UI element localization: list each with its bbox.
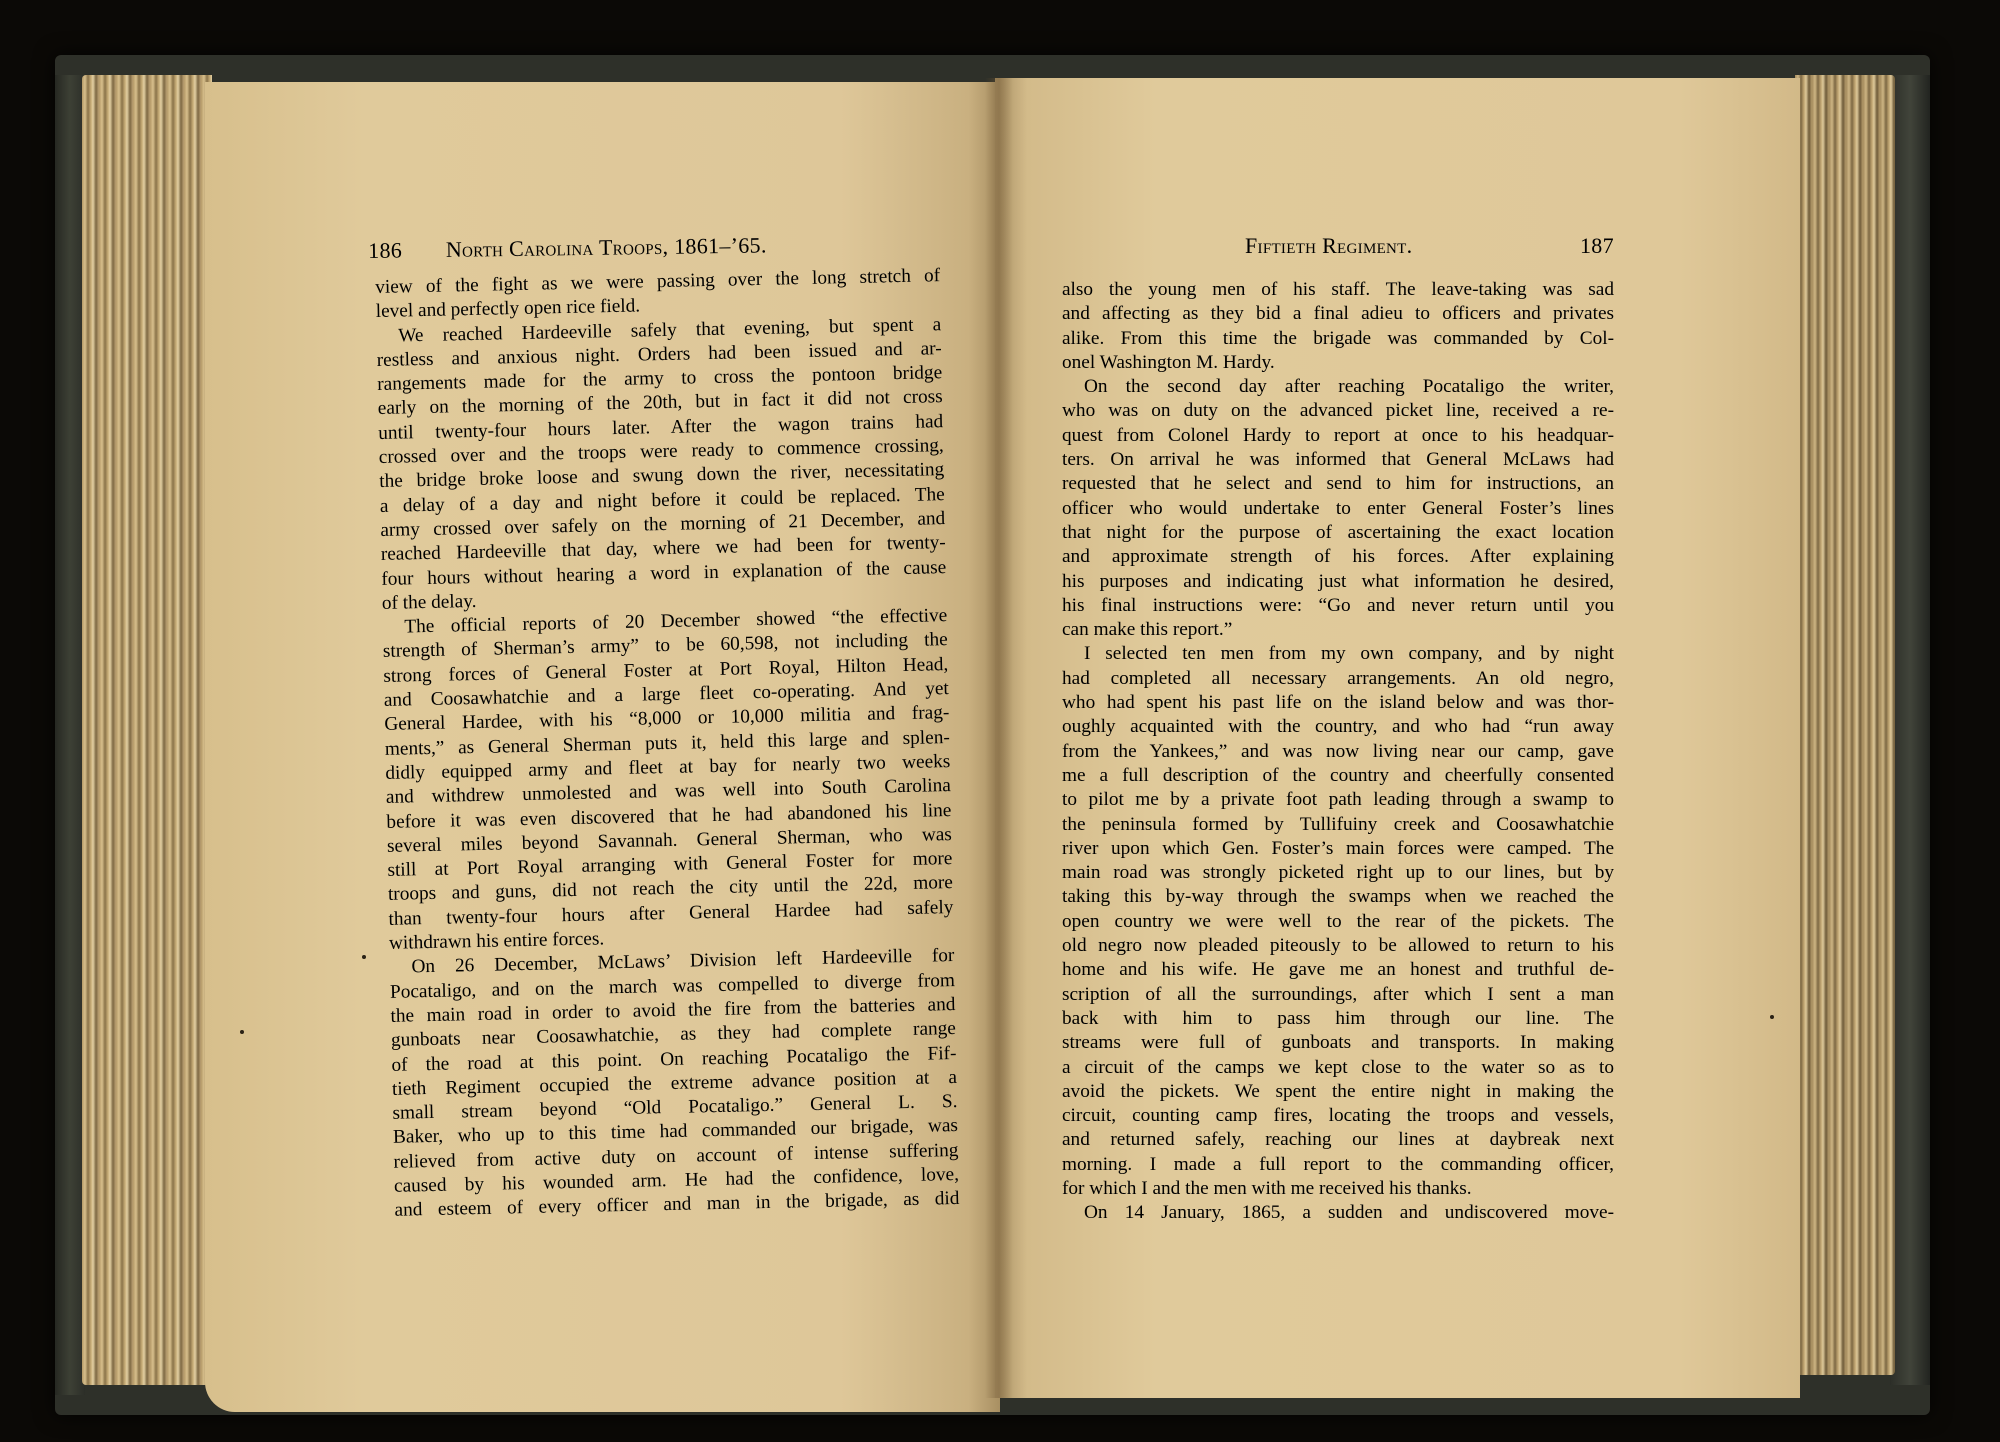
text-line: alike. From this time the brigade was co…: [1062, 327, 1614, 351]
running-head-title: North Carolina Troops, 1861–’65.: [446, 232, 767, 261]
text-line: I selected ten men from my own company, …: [1062, 642, 1614, 666]
text-line: taking this by-way through the swamps wh…: [1062, 885, 1614, 909]
page-edges-left: [82, 75, 212, 1385]
text-line: and affecting as they bid a final adieu …: [1062, 302, 1614, 326]
text-line: river upon which Gen. Foster’s main forc…: [1062, 837, 1614, 861]
text-line: that night for the purpose of ascertaini…: [1062, 521, 1614, 545]
page-number: 186: [368, 238, 402, 263]
text-line: to pilot me by a private foot path leadi…: [1062, 788, 1614, 812]
left-running-head: 186 North Carolina Troops, 1861–’65.: [368, 232, 767, 264]
text-line: quest from Colonel Hardy to report at on…: [1062, 424, 1614, 448]
text-line: scription of all the surroundings, after…: [1062, 983, 1614, 1007]
text-line: On 14 January, 1865, a sudden and undisc…: [1062, 1201, 1614, 1225]
text-line: On the second day after reaching Pocatal…: [1062, 375, 1614, 399]
text-line: onel Washington M. Hardy.: [1062, 351, 1614, 375]
text-line: his final instructions were: “Go and nev…: [1062, 594, 1614, 618]
text-line: had completed all necessary arrangements…: [1062, 667, 1614, 691]
right-page-body: also the young men of his staff. The lea…: [1062, 278, 1614, 1226]
text-line: home and his wife. He gave me an honest …: [1062, 958, 1614, 982]
left-page-body: view of the fight as we were passing ove…: [375, 264, 960, 1223]
text-line: a circuit of the camps we kept close to …: [1062, 1056, 1614, 1080]
text-line: and returned safely, reaching our lines …: [1062, 1128, 1614, 1152]
text-line: also the young men of his staff. The lea…: [1062, 278, 1614, 302]
text-line: morning. I made a full report to the com…: [1062, 1153, 1614, 1177]
text-line: who was on duty on the advanced picket l…: [1062, 399, 1614, 423]
paper-speck: [362, 955, 366, 959]
text-line: circuit, counting camp fires, locating t…: [1062, 1104, 1614, 1128]
text-line: me a full description of the country and…: [1062, 764, 1614, 788]
text-line: who had spent his past life on the islan…: [1062, 691, 1614, 715]
text-line: and approximate strength of his forces. …: [1062, 545, 1614, 569]
paper-speck: [240, 1030, 244, 1034]
text-line: avoid the pickets. We spent the entire n…: [1062, 1080, 1614, 1104]
paper-speck: [1770, 1015, 1774, 1019]
text-line: oughly acquainted with the country, and …: [1062, 715, 1614, 739]
text-line: from the Yankees,” and was now living ne…: [1062, 740, 1614, 764]
text-line: the peninsula formed by Tullifuiny creek…: [1062, 813, 1614, 837]
text-line: can make this report.”: [1062, 618, 1614, 642]
text-line: old negro now pleaded piteously to be al…: [1062, 934, 1614, 958]
text-line: requested that he select and send to him…: [1062, 472, 1614, 496]
text-line: streams were full of gunboats and transp…: [1062, 1031, 1614, 1055]
text-line: open country we were well to the rear of…: [1062, 910, 1614, 934]
text-line: officer who would undertake to enter Gen…: [1062, 497, 1614, 521]
page-edges-right: [1795, 75, 1895, 1375]
book-gutter: [985, 78, 1013, 1398]
text-line: his purposes and indicating just what in…: [1062, 570, 1614, 594]
text-line: ters. On arrival he was informed that Ge…: [1062, 448, 1614, 472]
text-line: back with him to pass him through our li…: [1062, 1007, 1614, 1031]
cover-left-edge: [55, 75, 85, 1395]
right-running-head: Fiftieth Regiment.: [1245, 233, 1412, 259]
text-line: main road was strongly picketed right up…: [1062, 861, 1614, 885]
page-number: 187: [1580, 233, 1614, 259]
text-line: for which I and the men with me received…: [1062, 1177, 1614, 1201]
cover-right-edge: [1890, 75, 1930, 1385]
